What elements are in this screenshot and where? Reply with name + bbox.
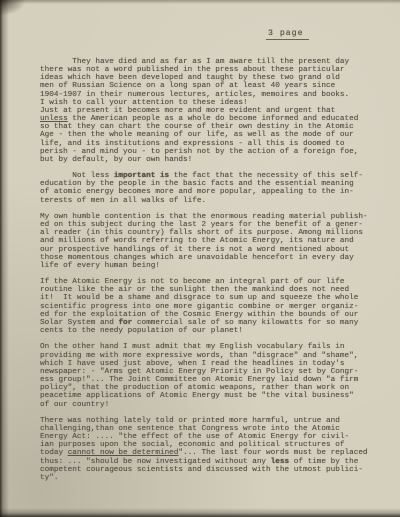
- text-line: ty".: [40, 474, 385, 482]
- text-line: which I have used just above, when I rea…: [40, 360, 385, 368]
- underlined-text: cannot now be determined: [68, 449, 179, 457]
- paragraph: If the Atomic Energy is not to become an…: [40, 278, 385, 335]
- text-line: peacetime applications of Atomic Energy …: [40, 392, 385, 400]
- text-line: today cannot now be determined"... The l…: [40, 449, 385, 457]
- page-number: 3 page: [266, 29, 309, 40]
- document-page: 3 page They have died and as far as I am…: [0, 0, 400, 517]
- text-line: newspaper: - "Arms get Atomic Energy Pri…: [40, 368, 385, 376]
- text-line: They have died and as far as I am aware …: [40, 58, 385, 66]
- text-line: it! It would be a shame and disgrace to …: [40, 294, 385, 302]
- text-line: challenging,than one sentence that Congr…: [40, 425, 385, 433]
- text-line: My own humble contention is that the eno…: [40, 213, 385, 221]
- scan-edge-shadow-bottom: [0, 508, 400, 517]
- text-line: of atomic energy becomes more and more p…: [40, 188, 385, 196]
- text-line: our prospective handlings of it there is…: [40, 246, 385, 254]
- scan-edge-shadow-top: [0, 0, 400, 4]
- text-line: I wish to call your attention to these i…: [40, 99, 385, 107]
- underlined-text: unless: [40, 115, 68, 123]
- text-line: ed for the exploitation of the Cosmic En…: [40, 311, 385, 319]
- text-line: On the other hand I must admit that my E…: [40, 343, 385, 351]
- paragraph: My own humble contention is that the eno…: [40, 213, 385, 270]
- paragraph: Not less important is the fact that the …: [40, 172, 385, 205]
- text-line: thus: ... "should be now investigated wi…: [40, 458, 385, 466]
- paragraph: There was nothing lately told or printed…: [40, 417, 385, 482]
- typed-text: They have died and as far as I am aware …: [40, 58, 385, 490]
- emphasized-text: important is: [114, 172, 169, 180]
- text-line: life, and its institutions and expressio…: [40, 140, 385, 148]
- text-line: Just at present it becomes more and more…: [40, 107, 385, 115]
- emphasized-text: less: [271, 458, 289, 466]
- text-line: those momentous changes which are unavoi…: [40, 254, 385, 262]
- text-line: and millions of words referring to the A…: [40, 237, 385, 245]
- text-line: men of Russian Science on a long span of…: [40, 82, 385, 90]
- text-line: 1904-1907 in their numerous lectures, ar…: [40, 91, 385, 99]
- text-line: Solar System and for commercial sale of …: [40, 319, 385, 327]
- paragraph: They have died and as far as I am aware …: [40, 58, 385, 164]
- text-line: but by default, by our own hands!: [40, 156, 385, 164]
- paragraph: On the other hand I must admit that my E…: [40, 343, 385, 408]
- text-line: life of every human being!: [40, 262, 385, 270]
- text-line: of our country!: [40, 401, 385, 409]
- text-line: providing me with more expressive words,…: [40, 352, 385, 360]
- scan-edge-shadow-left: [0, 0, 9, 517]
- text-line: ess group!"... The Joint Committee on At…: [40, 376, 385, 384]
- emphasized-text: for: [118, 319, 132, 327]
- text-line: Age - then the whole meaning of our life…: [40, 131, 385, 139]
- text-line: cents to the needy population of our pla…: [40, 327, 385, 335]
- text-line: competent courageous scientists and disc…: [40, 466, 385, 474]
- text-line: There was nothing lately told or printed…: [40, 417, 385, 425]
- text-line: perish - and mind you - to perish not by…: [40, 148, 385, 156]
- text-line: terests of men in all walks of life.: [40, 197, 385, 205]
- text-line: scientific progress into one more gigant…: [40, 303, 385, 311]
